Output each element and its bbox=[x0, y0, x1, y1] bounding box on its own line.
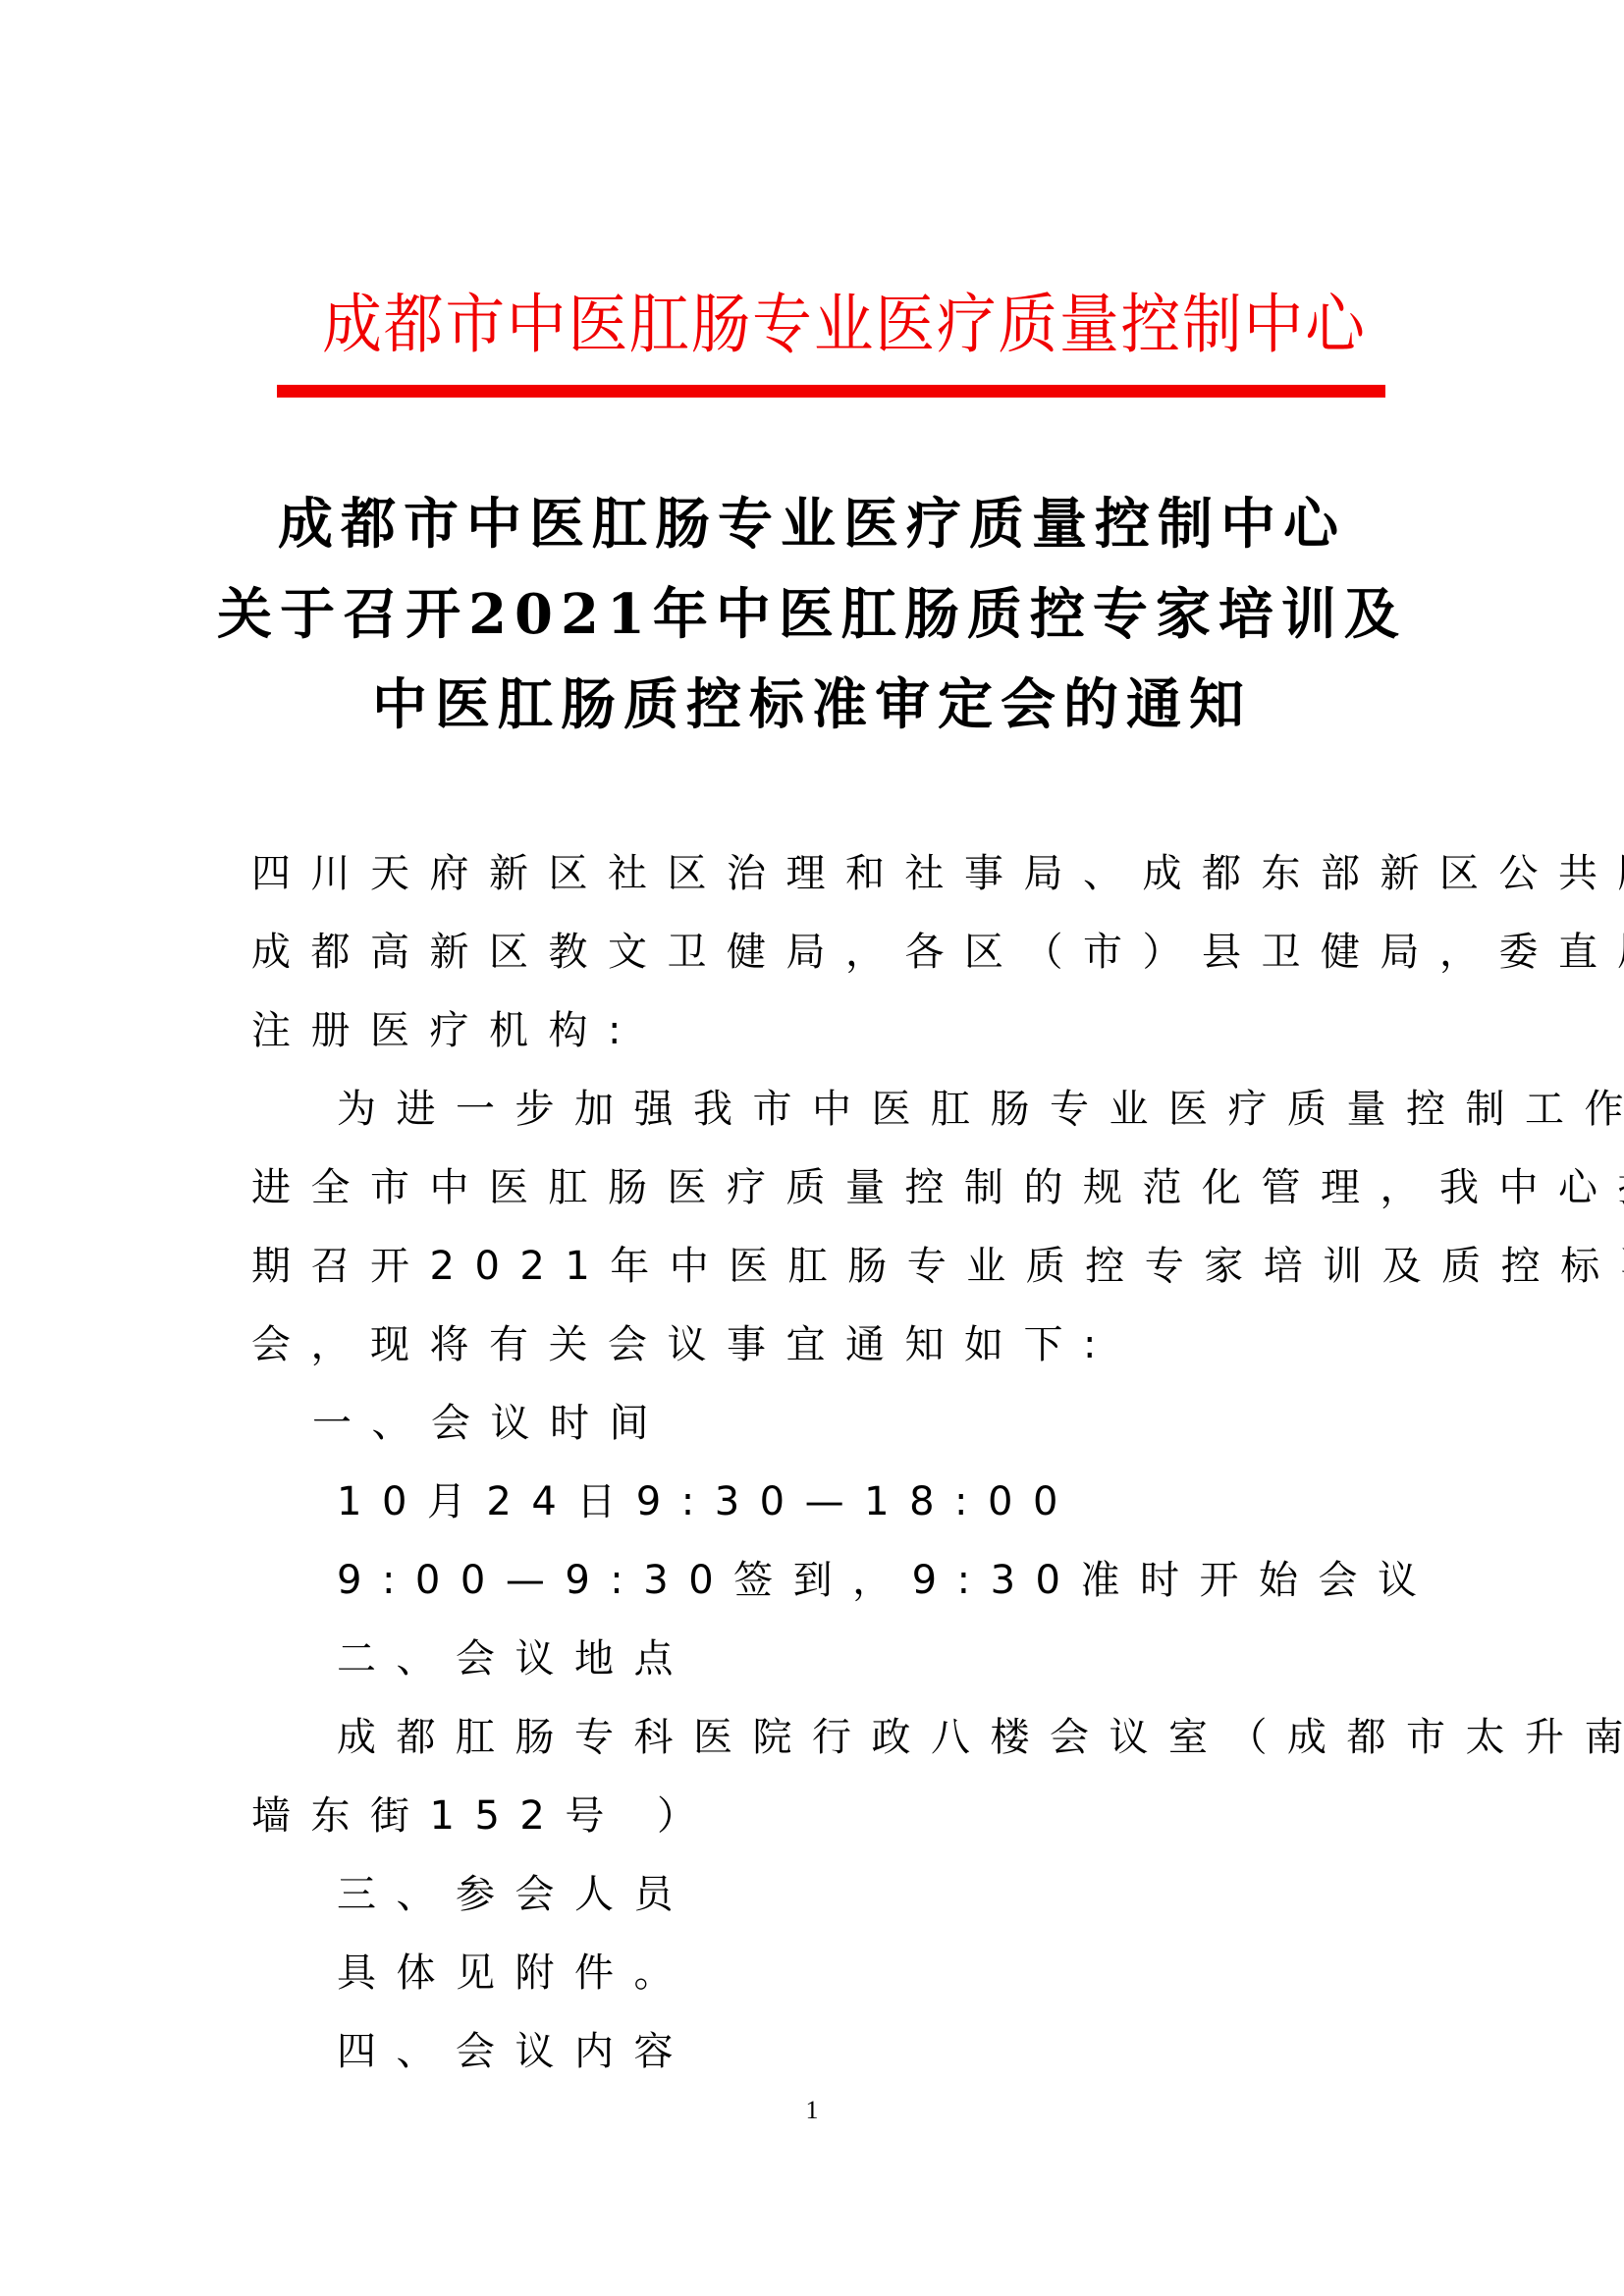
notice-body: 四川天府新区社区治理和社事局、成都东部新区公共服务局、 成都高新区教文卫健局，各… bbox=[251, 834, 1400, 2091]
recipients-line-3: 注册医疗机构: bbox=[251, 991, 1400, 1070]
title-line-1: 成都市中医肛肠专业医疗质量控制中心 bbox=[278, 479, 1346, 569]
section-heading-location: 二、会议地点 bbox=[251, 1620, 1400, 1698]
intro-line-3: 期召开2021年中医肛肠专业质控专家培训及质控标准审定 bbox=[251, 1227, 1400, 1306]
letterhead-org-name: 成都市中医肛肠专业医疗质量控制中心 bbox=[322, 283, 1367, 367]
intro-line-1: 为进一步加强我市中医肛肠专业医疗质量控制工作，促 bbox=[251, 1070, 1400, 1148]
location-line-2: 墙东街152号 ） bbox=[251, 1777, 1400, 1855]
attendees-content: 具体见附件。 bbox=[251, 1934, 1400, 2012]
intro-line-4: 会，现将有关会议事宜通知如下: bbox=[251, 1306, 1400, 1384]
recipients-line-1: 四川天府新区社区治理和社事局、成都东部新区公共服务局、 bbox=[251, 834, 1400, 913]
title-line-2: 关于召开2021年中医肛肠质控专家培训及 bbox=[217, 569, 1407, 660]
letterhead-red-divider bbox=[277, 385, 1385, 398]
recipients-line-2: 成都高新区教文卫健局，各区（市）县卫健局，委直属及委 bbox=[251, 913, 1400, 991]
document-page: 成都市中医肛肠专业医疗质量控制中心 成都市中医肛肠专业医疗质量控制中心 关于召开… bbox=[0, 0, 1624, 2296]
letterhead: 成都市中医肛肠专业医疗质量控制中心 bbox=[277, 283, 1386, 367]
meeting-date-time: 10月24日9:30—18:00 bbox=[251, 1463, 1400, 1541]
location-line-1: 成都肛肠专科医院行政八楼会议室（成都市太升南路大 bbox=[251, 1698, 1400, 1777]
check-in-time: 9:00—9:30签到，9:30准时开始会议 bbox=[251, 1541, 1400, 1620]
section-heading-attendees: 三、参会人员 bbox=[251, 1855, 1400, 1934]
page-number: 1 bbox=[0, 2095, 1624, 2126]
intro-line-2: 进全市中医肛肠医疗质量控制的规范化管理，我中心拟于近 bbox=[251, 1148, 1400, 1227]
section-heading-time: 一、会议时间 bbox=[251, 1384, 1400, 1463]
title-line-3: 中医肛肠质控标准审定会的通知 bbox=[372, 660, 1252, 750]
section-heading-content: 四、会议内容 bbox=[251, 2012, 1400, 2091]
notice-title: 成都市中医肛肠专业医疗质量控制中心 关于召开2021年中医肛肠质控专家培训及 中… bbox=[196, 479, 1428, 750]
